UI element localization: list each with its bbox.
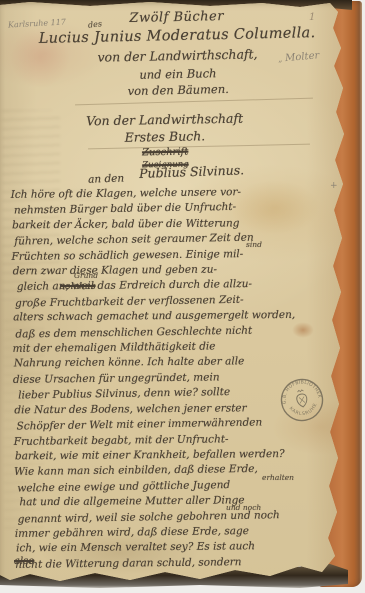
dedication-name: Publius Silvinus.: [139, 162, 244, 181]
manuscript-page: Karlsruhe 117 1 Molter + Zwölf Bücher Lu…: [0, 0, 365, 593]
svg-text:G.B. HOFBIBLIOTHEK: G.B. HOFBIBLIOTHEK: [278, 376, 322, 405]
title-rule: [75, 98, 313, 106]
interlinear-insert: und noch: [226, 503, 261, 512]
title-line-3: von der Landwirthschaft,: [35, 45, 320, 66]
interlinear-insert: erhalten: [262, 473, 294, 482]
interlinear-des: des: [88, 19, 103, 29]
svg-text:KARLSRUHE: KARLSRUHE: [287, 401, 320, 419]
manuscript-line: ich, wie ein Mensch veraltet sey? Es ist…: [16, 539, 327, 557]
dedication-line: an den Publius Silvinus.: [88, 162, 245, 186]
struck-line-start: also: [14, 556, 34, 567]
manuscript-line: barkeit, wie mit einer Krankheit, befall…: [15, 447, 326, 465]
struck-word-1: Zuschrift: [142, 148, 188, 158]
manuscript-line: dern zwar diese Klagen und geben zu-: [13, 262, 324, 280]
stamp-text-top: G.B. HOFBIBLIOTHEK: [278, 376, 322, 405]
stamp-text-bottom: KARLSRUHE: [287, 401, 320, 419]
section-heading: Von der Landwirthschaft Erstes Buch. Zus…: [30, 110, 301, 173]
stamp-crest-icon: [295, 389, 308, 407]
dedication-prefix: an den: [88, 172, 124, 185]
manuscript-scan: Karlsruhe 117 1 Molter + Zwölf Bücher Lu…: [0, 0, 365, 593]
title-block: Zwölf Bücher Lucius Junius Moderatus Col…: [34, 7, 321, 100]
struck-inline-word: solches: [60, 281, 96, 292]
interlinear-insert: sind: [246, 240, 262, 249]
library-stamp: G.B. HOFBIBLIOTHEK KARLSRUHE: [272, 370, 332, 430]
interlinear-insert: Grund: [74, 271, 98, 280]
collation-mark: +: [330, 181, 338, 191]
manuscript-line: nicht die Witterung daran schuld, sonder…: [15, 554, 327, 573]
title-line-2: Lucius Junius Moderatus Columella.: [34, 25, 319, 47]
title-line-1: Zwölf Bücher: [34, 7, 319, 28]
